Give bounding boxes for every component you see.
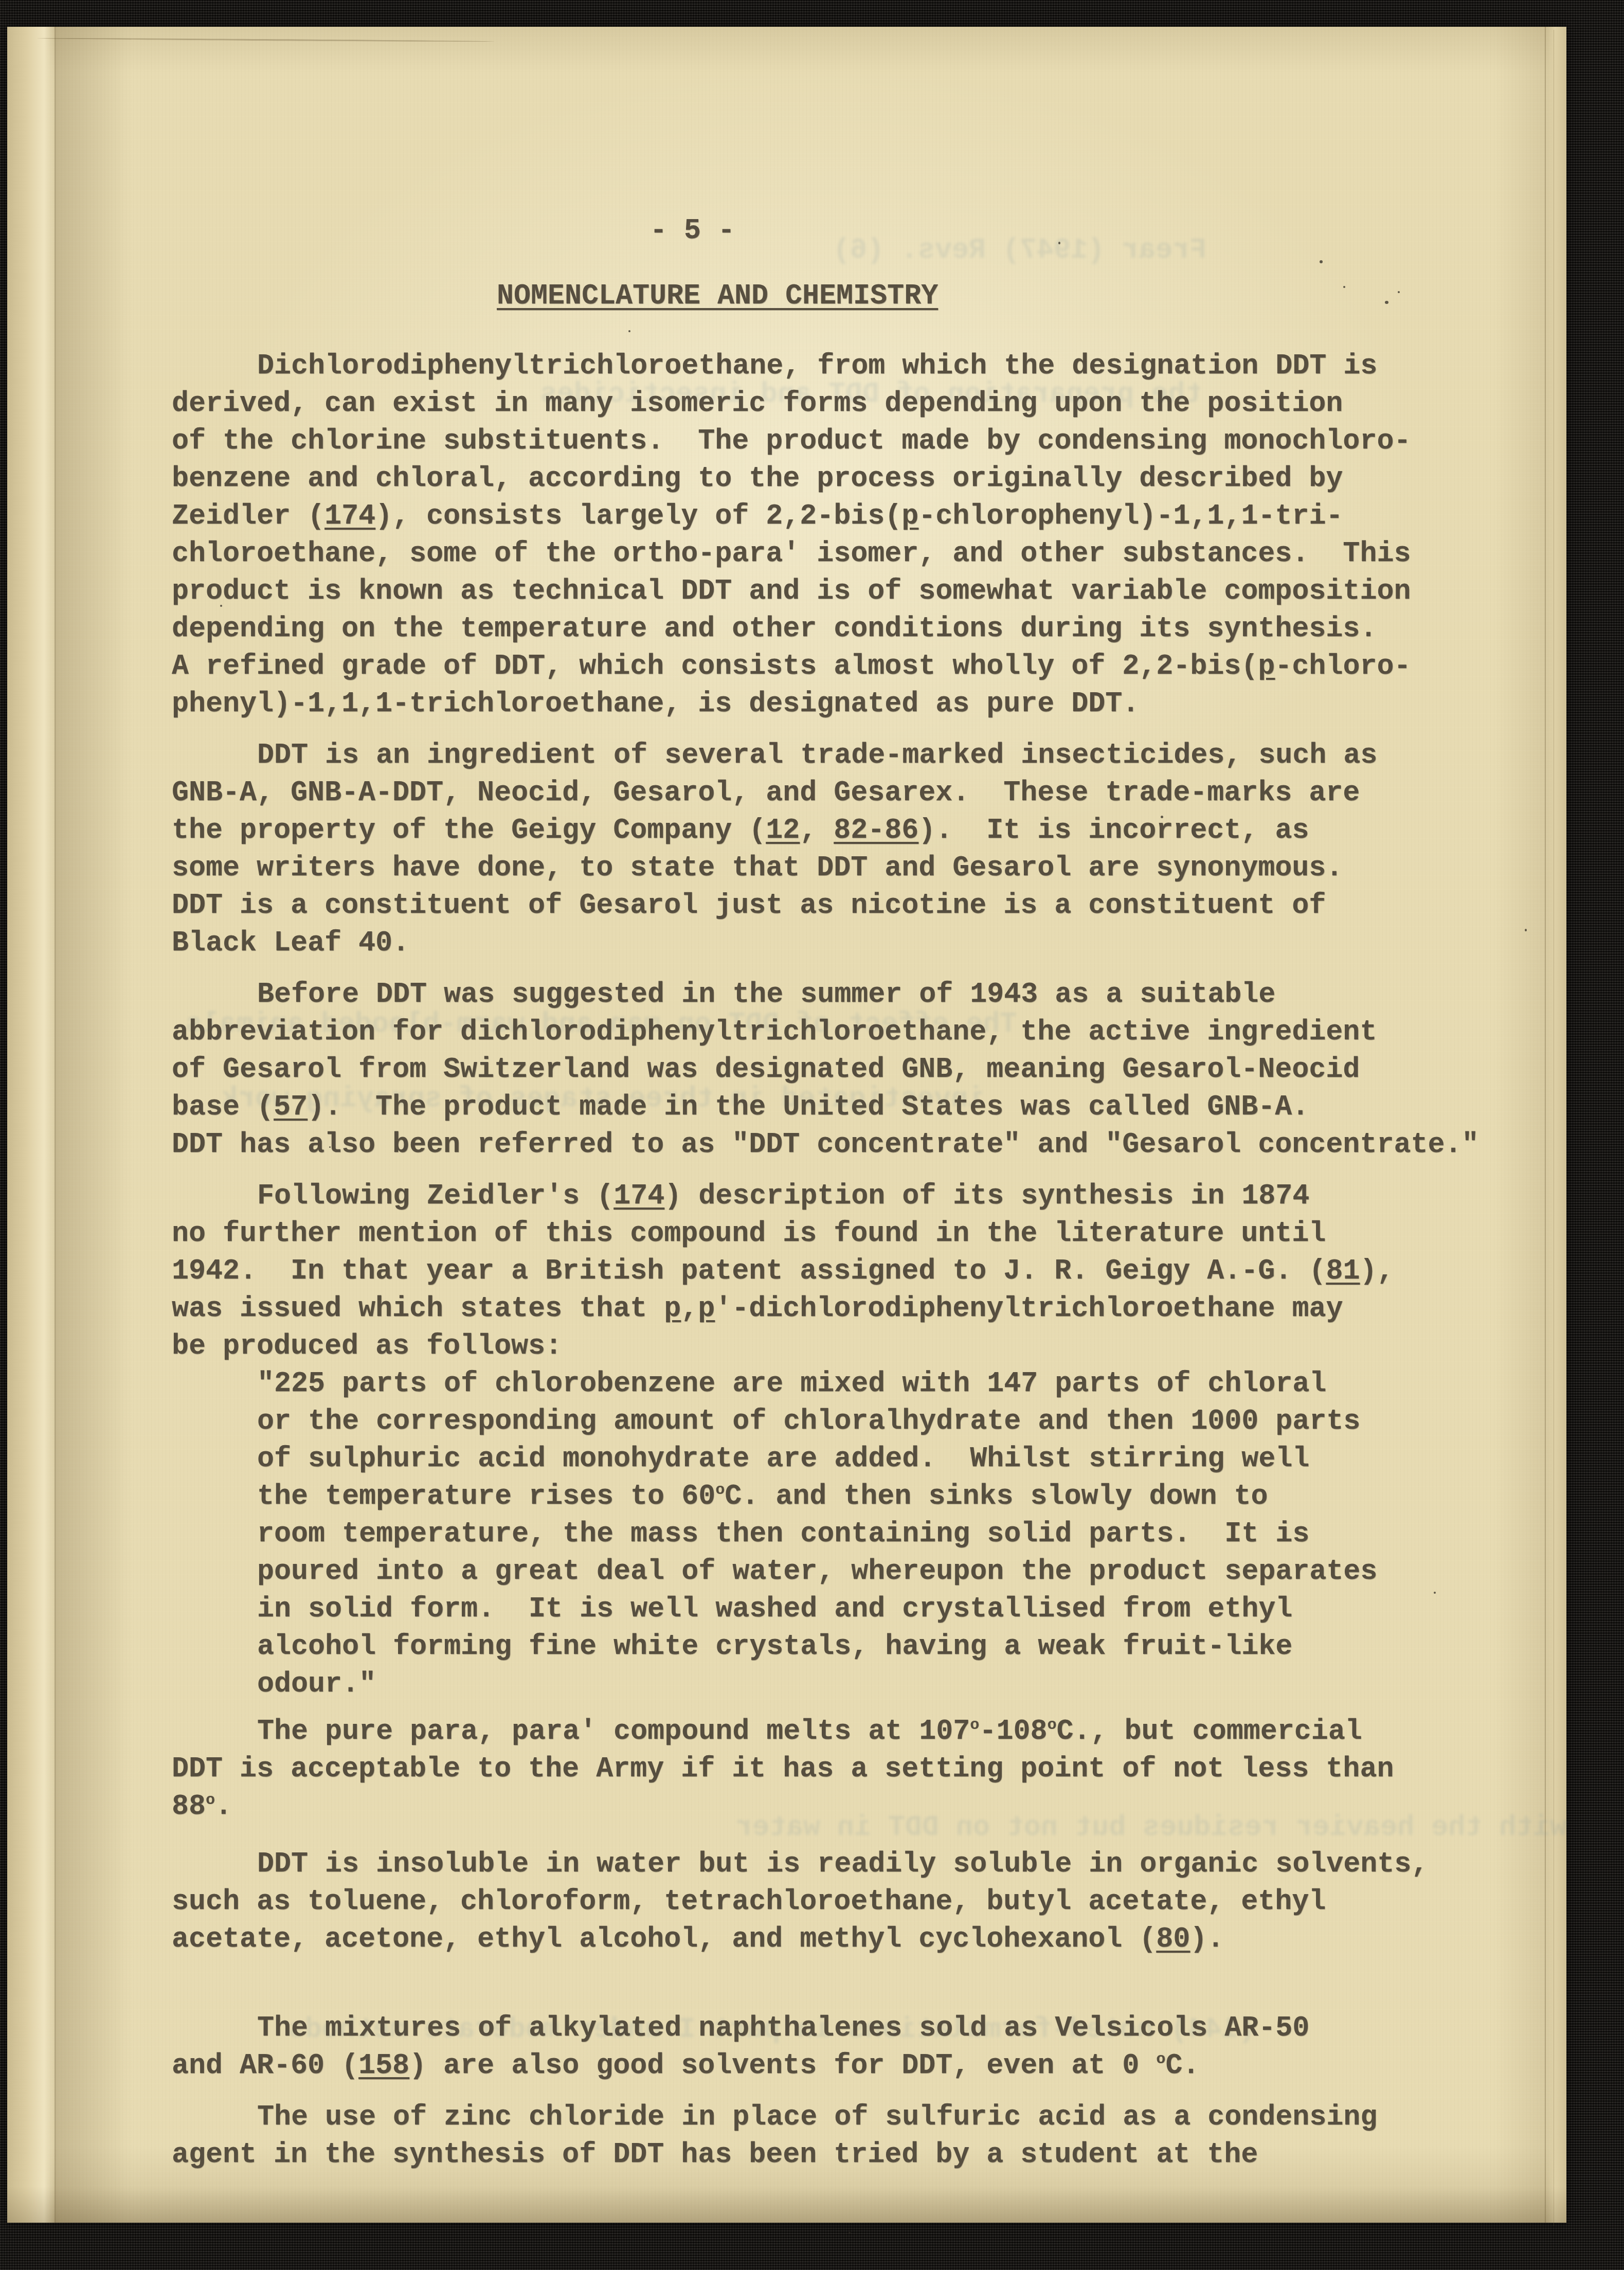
page-number: - 5 - <box>650 212 735 249</box>
text-line: DDT is insoluble in water but is readily… <box>172 1845 1428 1883</box>
text-line: GNB-A, GNB-A-DDT, Neocid, Gesarol, and G… <box>172 774 1377 812</box>
text-line: odour." <box>257 1665 1377 1703</box>
section-heading: NOMENCLATURE AND CHEMISTRY <box>497 277 938 315</box>
text-line: chloroethane, some of the ortho-para' is… <box>172 535 1411 572</box>
ink-speck <box>628 330 630 332</box>
paragraph: The mixtures of alkylated naphthalenes s… <box>172 2009 1309 2084</box>
paragraph: Following Zeidler's (174) description of… <box>172 1177 1394 1365</box>
section-heading-text: NOMENCLATURE AND CHEMISTRY <box>497 277 938 315</box>
text-line: DDT has also been referred to as "DDT co… <box>172 1126 1478 1163</box>
text-line: room temperature, the mass then containi… <box>257 1515 1377 1553</box>
text-line: depending on the temperature and other c… <box>172 610 1411 647</box>
text-line: abbreviation for dichlorodiphenyltrichlo… <box>172 1013 1478 1051</box>
text-line: was issued which states that p,p'-dichlo… <box>172 1290 1394 1327</box>
text-line: no further mention of this compound is f… <box>172 1215 1394 1252</box>
text-line: DDT is a constituent of Gesarol just as … <box>172 887 1377 924</box>
text-line: Zeidler (174), consists largely of 2,2-b… <box>172 497 1411 535</box>
paragraph: Before DDT was suggested in the summer o… <box>172 976 1478 1163</box>
text-line: base (57). The product made in the Unite… <box>172 1088 1478 1126</box>
text-line: "225 parts of chlorobenzene are mixed wi… <box>257 1365 1377 1402</box>
text-line: derived, can exist in many isomeric form… <box>172 385 1411 422</box>
text-line: Before DDT was suggested in the summer o… <box>172 976 1478 1013</box>
text-line: Black Leaf 40. <box>172 924 1377 962</box>
paragraph: DDT is insoluble in water but is readily… <box>172 1845 1428 1958</box>
text-line: A refined grade of DDT, which consists a… <box>172 647 1411 685</box>
text-line: the property of the Geigy Company (12, 8… <box>172 812 1377 849</box>
text-line: be produced as follows: <box>172 1327 1394 1365</box>
typewritten-content: Frear (1947) Revs. (6) the preparation o… <box>0 0 1624 2270</box>
text-line: some writers have done, to state that DD… <box>172 849 1377 887</box>
text-line: 1942. In that year a British patent assi… <box>172 1252 1394 1290</box>
text-line: of sulphuric acid monohydrate are added.… <box>257 1440 1377 1478</box>
text-line: and AR-60 (158) are also good solvents f… <box>172 2047 1309 2084</box>
bleed-through-text: Frear (1947) Revs. (6) <box>833 234 1206 266</box>
text-line: the temperature rises to 60oC. and then … <box>257 1478 1377 1515</box>
text-line: The pure para, para' compound melts at 1… <box>172 1713 1394 1750</box>
text-line: alcohol forming fine white crystals, hav… <box>257 1628 1377 1665</box>
ink-speck <box>849 2232 851 2234</box>
paragraph: Dichlorodiphenyltrichloroethane, from wh… <box>172 347 1411 723</box>
text-line: product is known as technical DDT and is… <box>172 572 1411 610</box>
text-line: of Gesarol from Switzerland was designat… <box>172 1051 1478 1088</box>
page-number-label: - 5 - <box>650 212 735 249</box>
text-line: of the chlorine substituents. The produc… <box>172 422 1411 460</box>
ink-speck <box>1434 1592 1436 1594</box>
text-line: DDT is an ingredient of several trade-ma… <box>172 736 1377 774</box>
text-line: The mixtures of alkylated naphthalenes s… <box>172 2009 1309 2047</box>
text-line: agent in the synthesis of DDT has been t… <box>172 2136 1377 2173</box>
text-line: poured into a great deal of water, where… <box>257 1553 1377 1590</box>
text-line: benzene and chloral, according to the pr… <box>172 460 1411 497</box>
text-line: Following Zeidler's (174) description of… <box>172 1177 1394 1215</box>
ink-speck <box>1058 242 1060 244</box>
text-line: such as toluene, chloroform, tetrachloro… <box>172 1883 1428 1920</box>
text-line: phenyl)-1,1,1-trichloroethane, is design… <box>172 685 1411 723</box>
text-line: or the corresponding amount of chloralhy… <box>257 1402 1377 1440</box>
ink-speck <box>1385 301 1388 304</box>
text-line: 88o. <box>172 1788 1394 1825</box>
paragraph: The use of zinc chloride in place of sul… <box>172 2098 1377 2173</box>
block-quotation: "225 parts of chlorobenzene are mixed wi… <box>257 1365 1377 1703</box>
text-line: Dichlorodiphenyltrichloroethane, from wh… <box>172 347 1411 385</box>
text-line: The use of zinc chloride in place of sul… <box>172 2098 1377 2136</box>
text-line: DDT is acceptable to the Army if it has … <box>172 1750 1394 1788</box>
ink-speck <box>1320 260 1323 263</box>
ink-speck <box>1343 286 1345 288</box>
ink-speck <box>1398 291 1400 293</box>
paragraph: The pure para, para' compound melts at 1… <box>172 1713 1394 1825</box>
text-line: in solid form. It is well washed and cry… <box>257 1590 1377 1628</box>
paragraph: DDT is an ingredient of several trade-ma… <box>172 736 1377 962</box>
text-line: acetate, acetone, ethyl alcohol, and met… <box>172 1920 1428 1958</box>
ink-speck <box>1525 929 1527 931</box>
